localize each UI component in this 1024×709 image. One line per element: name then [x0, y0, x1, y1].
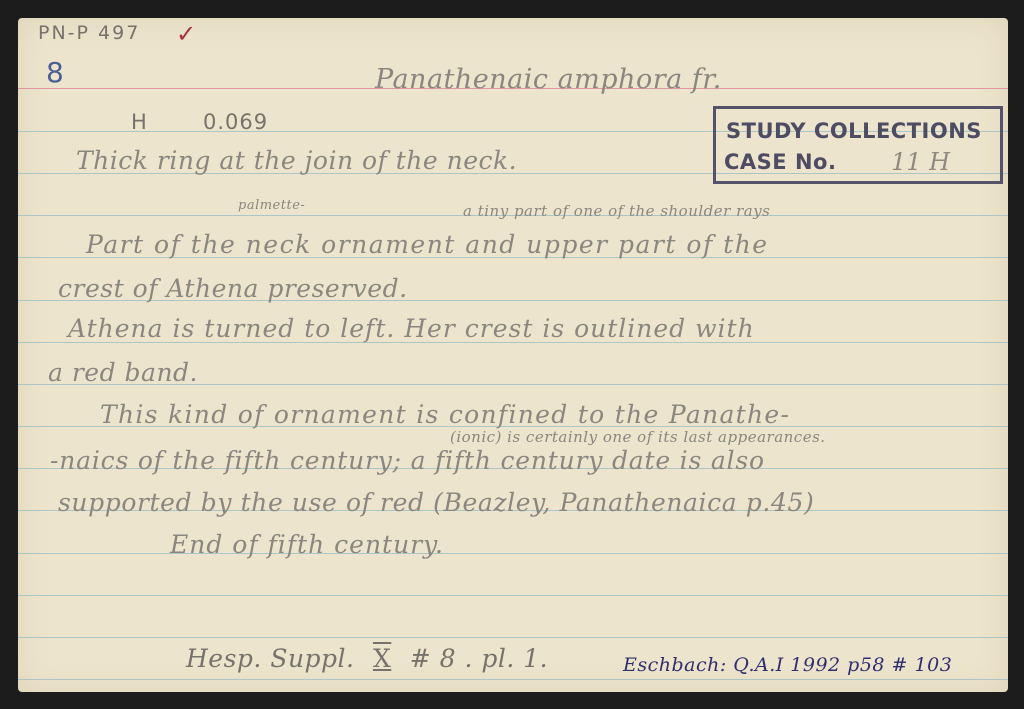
- stamp-line-2: CASE No.: [724, 150, 836, 174]
- card-title: Panathenaic amphora fr.: [375, 64, 722, 95]
- insert-shoulder-rays: a tiny part of one of the shoulder rays: [463, 202, 770, 220]
- line-athena: Athena is turned to left. Her crest is o…: [68, 314, 755, 343]
- index-number: 8: [46, 56, 64, 89]
- eschbach-reference: Eschbach: Q.A.I 1992 p58 # 103: [623, 654, 952, 676]
- insert-ionic-appearances: (ionic) is certainly one of its last app…: [450, 428, 826, 446]
- line-end-of-fifth-century: End of fifth century.: [170, 530, 444, 559]
- hesperia-reference: Hesp. Suppl. X # 8 . pl. 1.: [186, 644, 548, 673]
- hesperia-number: # 8 . pl. 1.: [410, 644, 548, 673]
- hesperia-prefix: Hesp. Suppl.: [186, 644, 355, 673]
- line-thick-ring: Thick ring at the join of the neck.: [76, 146, 517, 175]
- line-part-of: Part of the neck ornament and upper part…: [86, 230, 769, 259]
- hesperia-volume: X: [373, 644, 391, 673]
- study-collections-stamp: STUDY COLLECTIONS CASE No. 11 H: [713, 106, 1003, 184]
- check-mark-icon: ✓: [176, 20, 197, 48]
- catalog-number: PN-P 497: [38, 22, 140, 44]
- line-this-kind: This kind of ornament is confined to the…: [100, 400, 790, 429]
- line-supported: supported by the use of red (Beazley, Pa…: [58, 488, 814, 517]
- case-number: 11 H: [891, 148, 950, 176]
- blue-rule: [18, 679, 1008, 680]
- blue-rule: [18, 553, 1008, 554]
- stamp-line-1: STUDY COLLECTIONS: [726, 119, 982, 143]
- insert-palmette: palmette-: [238, 198, 305, 213]
- blue-rule: [18, 595, 1008, 596]
- line-crest: crest of Athena preserved.: [58, 274, 408, 303]
- index-card: PN-P 497 ✓ 8 Panathenaic amphora fr. H 0…: [18, 18, 1008, 692]
- line-red-band: a red band.: [48, 358, 198, 387]
- line-naics: -naics of the fifth century; a fifth cen…: [50, 446, 765, 475]
- blue-rule: [18, 637, 1008, 638]
- height-label: H: [131, 110, 147, 134]
- height-value: 0.069: [203, 110, 268, 134]
